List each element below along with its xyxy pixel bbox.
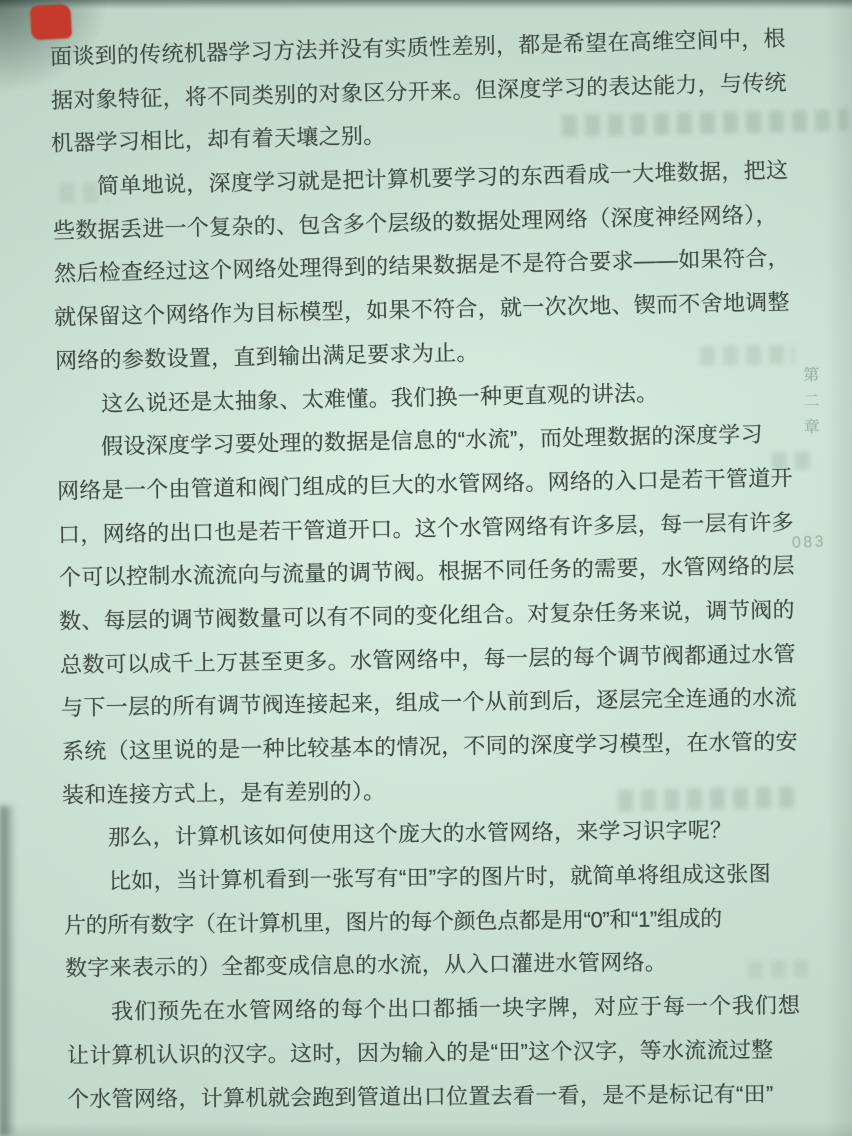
book-page-photo: 面谈到的传统机器学习方法并没有实质性差别，都是希望在高维空间中，根 据对象特征，… [0,0,852,1136]
text-line: 数字来表示的）全都变成信息的水流，从入口灌进水管网络。 [65,940,790,991]
text-line: 个水管网络，计算机就会跑到管道出口位置去看一看，是不是标记有“田” [67,1072,790,1121]
text-line: 比如，当计算机看到一张写有“田”字的图片时，就简单将组成这张图 [63,852,790,904]
page-edge-shadow [0,806,16,1136]
body-text: 面谈到的传统机器学习方法并没有实质性差别，都是希望在高维空间中，根 据对象特征，… [50,26,790,1118]
page-number: 083 [791,533,826,552]
text-line: 让计算机认识的汉字。这时，因为输入的是“田”这个汉字，等水流流过整 [66,1028,790,1078]
chapter-marker: 第二章 [798,366,822,444]
text-line: 我们预先在水管网络的每个出口都插一块字牌，对应于每一个我们想 [66,984,791,1034]
